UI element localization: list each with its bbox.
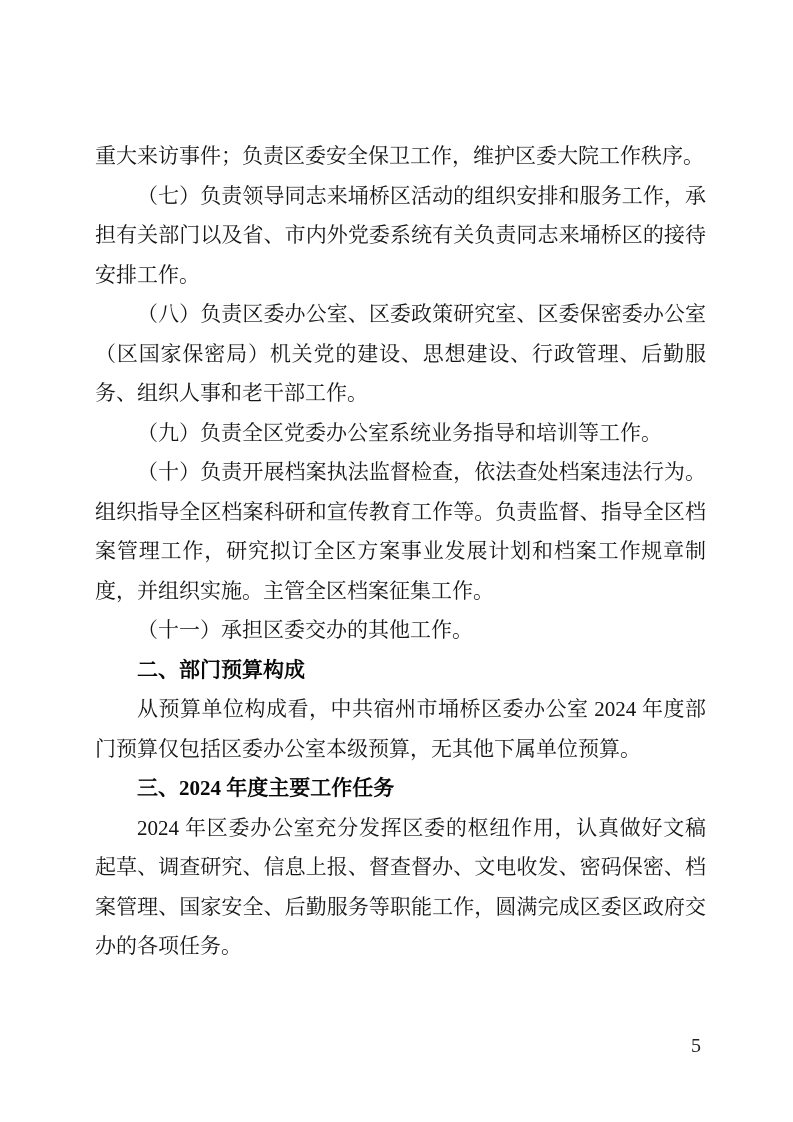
body-paragraph-budget-composition: 从预算单位构成看，中共宿州市埇桥区委办公室 2024 年度部门预算仅包括区委办公… bbox=[95, 690, 706, 769]
body-paragraph-duty-10: （十）负责开展档案执法监督检查，依法查处档案违法行为。组织指导全区档案科研和宣传… bbox=[95, 453, 706, 611]
section-heading-2024-main-tasks: 三、2024 年度主要工作任务 bbox=[95, 769, 706, 809]
body-paragraph-2024-main-tasks: 2024 年区委办公室充分发挥区委的枢纽作用，认真做好文稿起草、调查研究、信息上… bbox=[95, 809, 706, 967]
body-paragraph-duty-9: （九）负责全区党委办公室系统业务指导和培训等工作。 bbox=[95, 414, 706, 454]
document-body: 重大来访事件；负责区委安全保卫工作，维护区委大院工作秩序。 （七）负责领导同志来… bbox=[95, 137, 706, 967]
body-paragraph-duty-8: （八）负责区委办公室、区委政策研究室、区委保密委办公室（区国家保密局）机关党的建… bbox=[95, 295, 706, 414]
body-paragraph-duty-7: （七）负责领导同志来埇桥区活动的组织安排和服务工作，承担有关部门以及省、市内外党… bbox=[95, 177, 706, 296]
body-paragraph-continuation: 重大来访事件；负责区委安全保卫工作，维护区委大院工作秩序。 bbox=[95, 137, 706, 177]
section-heading-budget-composition: 二、部门预算构成 bbox=[95, 651, 706, 691]
body-paragraph-duty-11: （十一）承担区委交办的其他工作。 bbox=[95, 611, 706, 651]
page-number: 5 bbox=[691, 1034, 701, 1058]
document-page: 重大来访事件；负责区委安全保卫工作，维护区委大院工作秩序。 （七）负责领导同志来… bbox=[0, 0, 793, 1122]
